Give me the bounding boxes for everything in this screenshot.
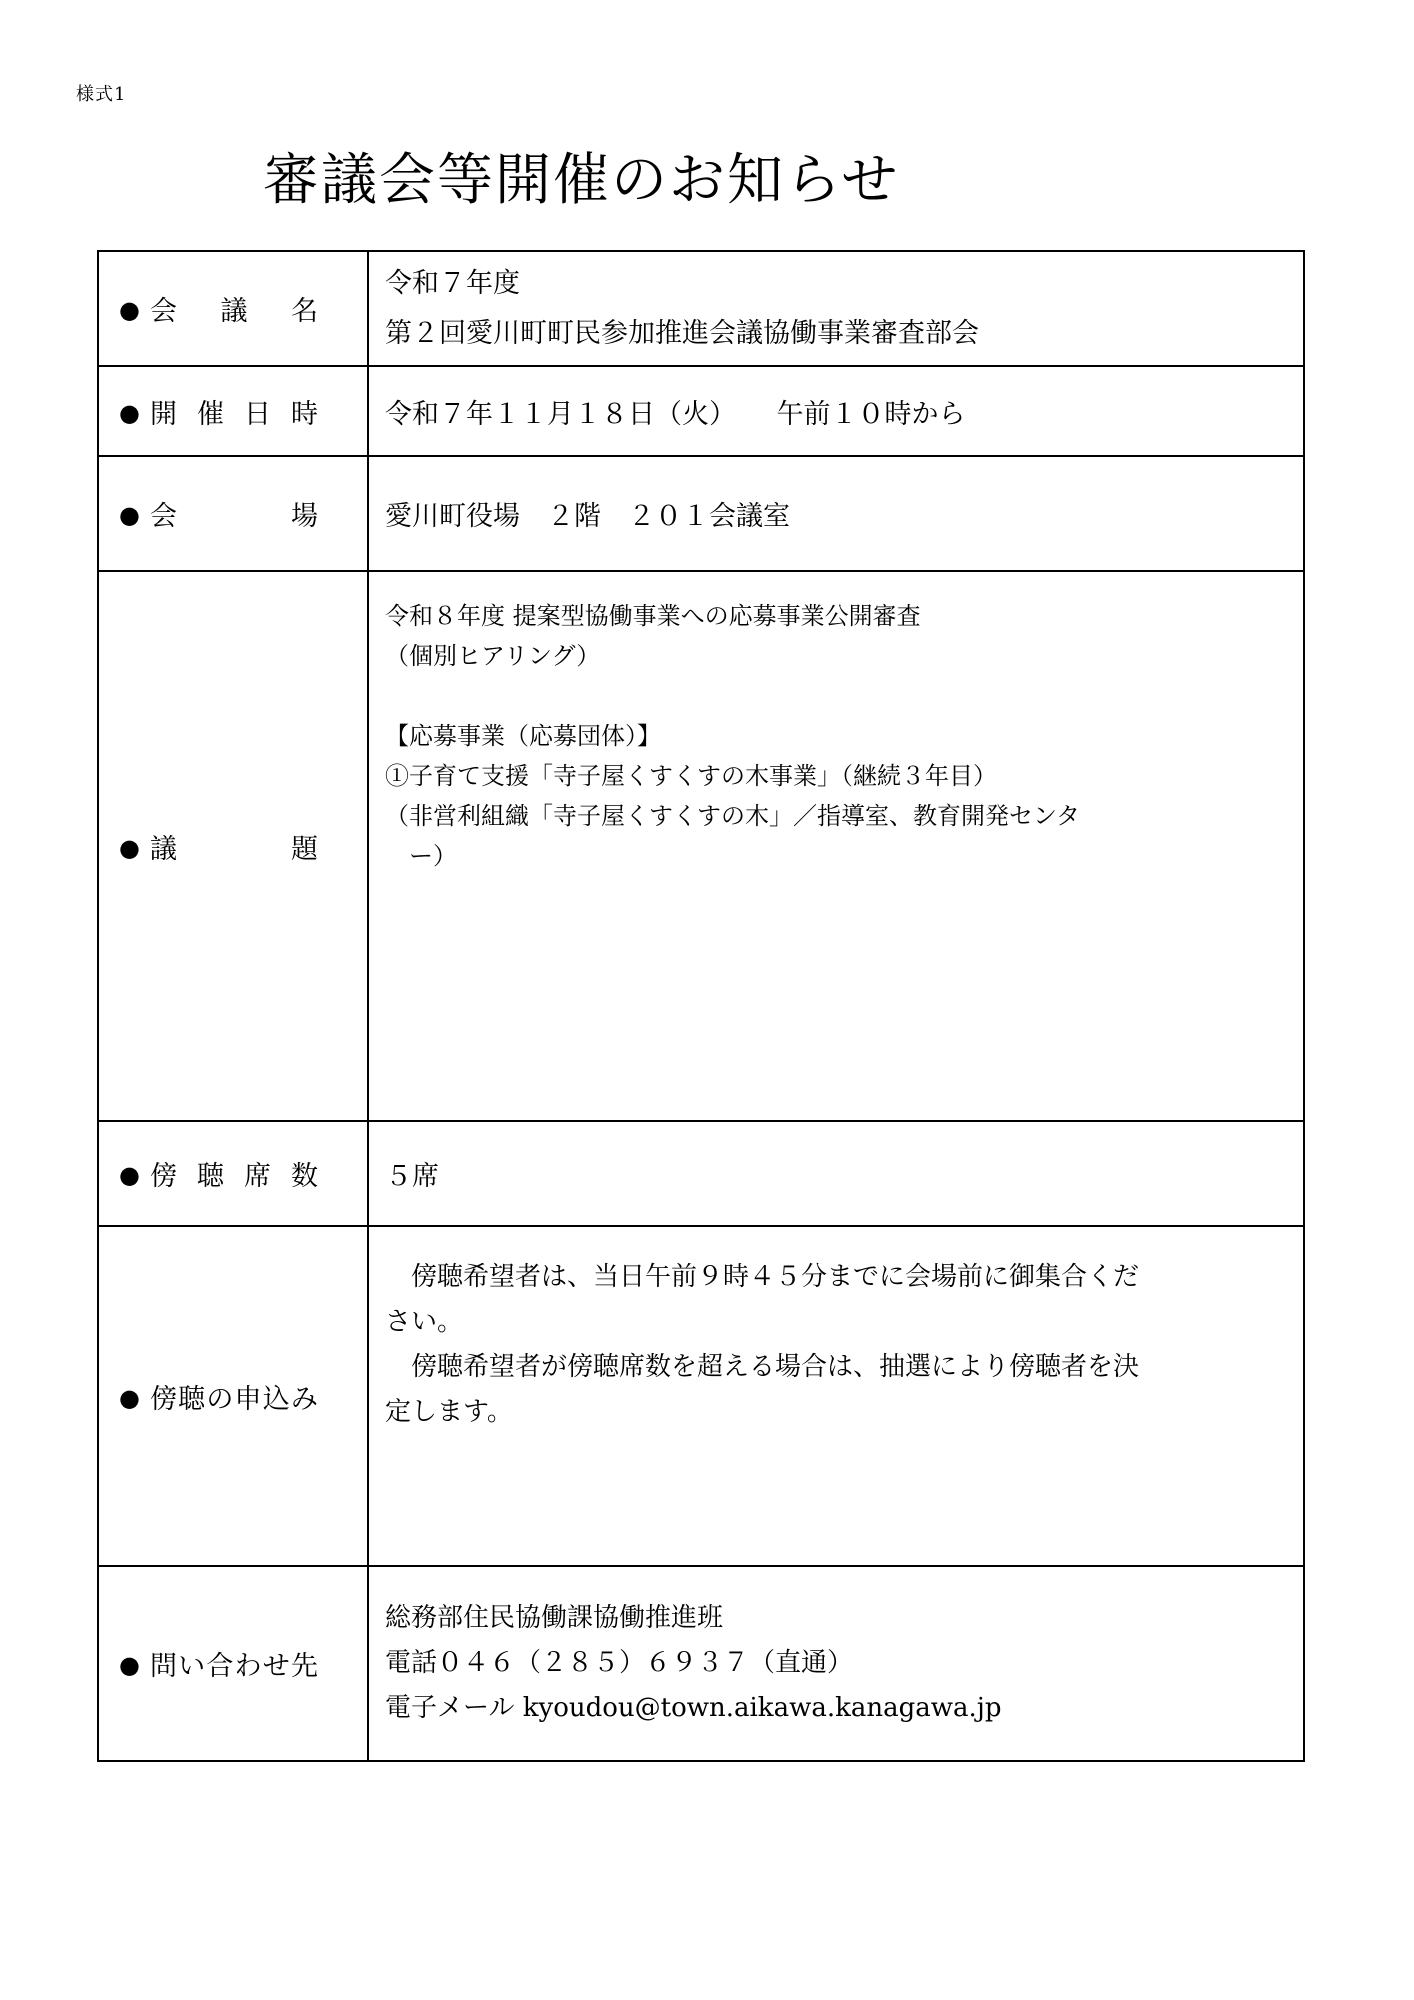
value-line: （個別ヒアリング） <box>385 636 1287 676</box>
bullet-icon: ● <box>119 1384 140 1412</box>
value-line: 令和７年１１月１８日（火） 午前１０時から <box>385 392 1287 431</box>
value-line: 電子メール kyoudou@town.aikawa.kanagawa.jp <box>385 1686 1287 1731</box>
value-line: 【応募事業（応募団体）】 <box>385 716 1287 756</box>
bullet-icon: ● <box>119 399 140 427</box>
table-row: ●開催日時令和７年１１月１８日（火） 午前１０時から <box>98 366 1304 456</box>
row-value-cell: 傍聴希望者は、当日午前９時４５分までに会場前に御集合ください。 傍聴希望者が傍聴… <box>368 1226 1304 1566</box>
row-value-cell: 令和７年度第２回愛川町町民参加推進会議協働事業審査部会 <box>368 251 1304 366</box>
document-page: 様式1 審議会等開催のお知らせ ●会議名令和７年度第２回愛川町町民参加推進会議協… <box>0 0 1414 2000</box>
row-label: 会議名 <box>150 289 318 328</box>
bullet-icon: ● <box>119 296 140 324</box>
row-label-cell: ●会議名 <box>98 251 368 366</box>
value-line <box>385 676 1287 716</box>
table-row: ●議題令和８年度 提案型協働事業への応募事業公開審査（個別ヒアリング）【応募事業… <box>98 571 1304 1121</box>
row-label-cell: ●議題 <box>98 571 368 1121</box>
value-line: 傍聴希望者は、当日午前９時４５分までに会場前に御集合くだ <box>385 1255 1287 1300</box>
bullet-icon: ● <box>119 1161 140 1189</box>
table-row: ●傍聴席数５席 <box>98 1121 1304 1226</box>
row-label: 議題 <box>150 827 318 866</box>
row-value-cell: 令和８年度 提案型協働事業への応募事業公開審査（個別ヒアリング）【応募事業（応募… <box>368 571 1304 1121</box>
page-title: 審議会等開催のお知らせ <box>263 136 899 216</box>
value-line: ①子育て支援「寺子屋くすくすの木事業」（継続３年目） <box>385 756 1287 796</box>
bullet-icon: ● <box>119 1651 140 1679</box>
row-label-cell: ●会場 <box>98 456 368 571</box>
row-label: 開催日時 <box>150 392 318 431</box>
form-number-label: 様式1 <box>76 80 126 106</box>
row-label-cell: ●開催日時 <box>98 366 368 456</box>
value-line: （非営利組織「寺子屋くすくすの木」／指導室、教育開発センタ <box>385 796 1287 836</box>
value-line: 定します。 <box>385 1390 1287 1435</box>
row-label-cell: ●傍聴席数 <box>98 1121 368 1226</box>
value-line: ５席 <box>385 1154 1287 1193</box>
bullet-icon: ● <box>119 501 140 529</box>
value-line: 総務部住民協働課協働推進班 <box>385 1596 1287 1641</box>
row-value-cell: ５席 <box>368 1121 1304 1226</box>
row-label-cell: ●傍聴の申込み <box>98 1226 368 1566</box>
row-label: 問い合わせ先 <box>150 1644 318 1683</box>
value-line: ー） <box>385 836 1287 876</box>
table-row: ●傍聴の申込み 傍聴希望者は、当日午前９時４５分までに会場前に御集合ください。 … <box>98 1226 1304 1566</box>
table-row: ●問い合わせ先総務部住民協働課協働推進班電話０４６（２８５）６９３７（直通）電子… <box>98 1566 1304 1761</box>
row-value-cell: 令和７年１１月１８日（火） 午前１０時から <box>368 366 1304 456</box>
value-line: 第２回愛川町町民参加推進会議協働事業審査部会 <box>385 309 1287 359</box>
value-line: 電話０４６（２８５）６９３７（直通） <box>385 1641 1287 1686</box>
table-row: ●会議名令和７年度第２回愛川町町民参加推進会議協働事業審査部会 <box>98 251 1304 366</box>
row-value-cell: 愛川町役場 ２階 ２０１会議室 <box>368 456 1304 571</box>
value-line: 令和８年度 提案型協働事業への応募事業公開審査 <box>385 596 1287 636</box>
row-label: 会場 <box>150 494 318 533</box>
row-label-cell: ●問い合わせ先 <box>98 1566 368 1761</box>
value-line: さい。 <box>385 1300 1287 1345</box>
bullet-icon: ● <box>119 834 140 862</box>
value-line: 傍聴希望者が傍聴席数を超える場合は、抽選により傍聴者を決 <box>385 1345 1287 1390</box>
row-label: 傍聴席数 <box>150 1154 318 1193</box>
value-line: 令和７年度 <box>385 259 1287 309</box>
value-line: 愛川町役場 ２階 ２０１会議室 <box>385 494 1287 533</box>
row-label: 傍聴の申込み <box>150 1377 318 1416</box>
row-value-cell: 総務部住民協働課協働推進班電話０４６（２８５）６９３７（直通）電子メール kyo… <box>368 1566 1304 1761</box>
notice-table: ●会議名令和７年度第２回愛川町町民参加推進会議協働事業審査部会●開催日時令和７年… <box>97 250 1305 1762</box>
table-row: ●会場愛川町役場 ２階 ２０１会議室 <box>98 456 1304 571</box>
